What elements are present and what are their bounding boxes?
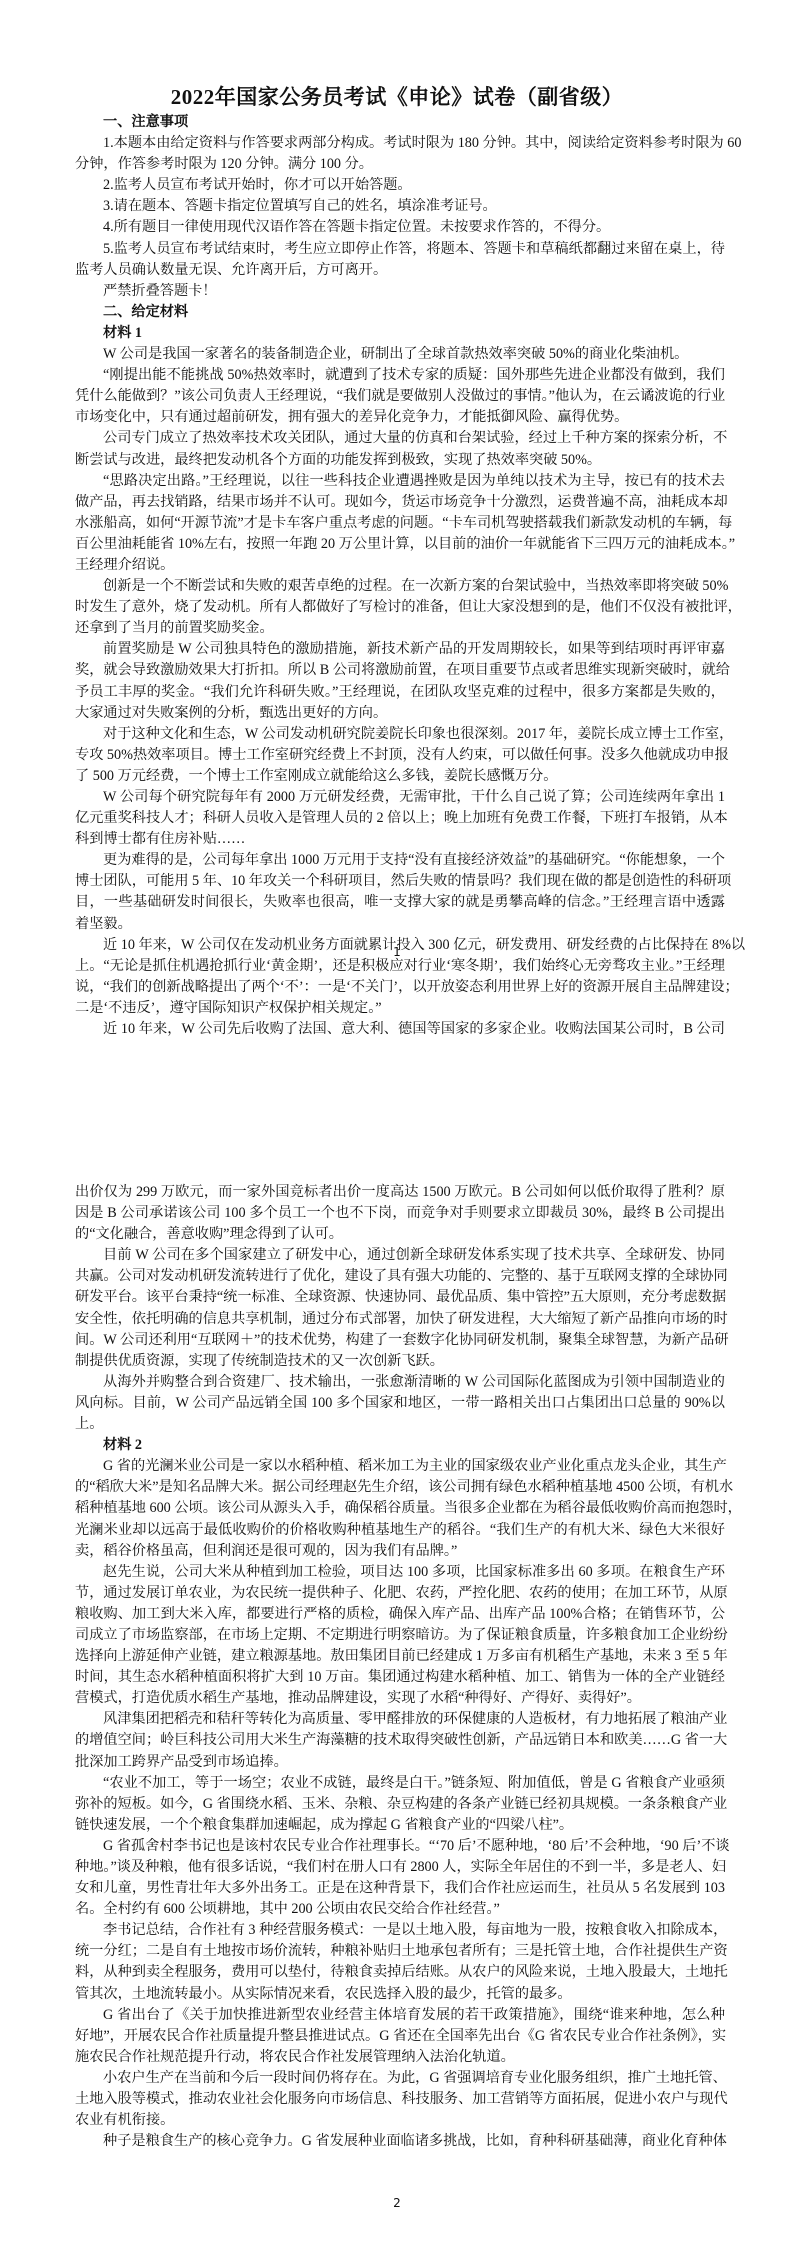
section-heading: 一、注意事项 — [75, 112, 725, 133]
paragraph-line: 安全性，依托明确的信息共享机制，通过分布式部署，加快了研发进程，大大缩短了新产品… — [75, 1309, 725, 1330]
paragraph-line: 专攻 50%热效率项目。博士工作室研究经费上不封顶，没有人约束，可以做任何事。没… — [75, 745, 725, 766]
paragraph-first-line: 5.监考人员宣布考试结束时，考生应立即停止作答，将题本、答题卡和草稿纸都翻过来留… — [75, 239, 725, 260]
paragraph-line: 百公里油耗能省 10%左右，按照一年跑 20 万公里计算，以目前的油价一年就能省… — [75, 534, 725, 555]
paragraph-line: 好地”，开展农民合作社质量提升整县推进试点。G 省还在全国率先出台《G 省农民专… — [75, 2026, 725, 2047]
section-heading: 材料 2 — [75, 1435, 725, 1456]
paragraph-line: 二是‘不违反’，遵守国际知识产权保护相关规定。” — [75, 998, 725, 1019]
page-number-2: 2 — [0, 2196, 794, 2210]
paragraph-line: 施农民合作社规范提升行动，将农民合作社发展管理纳入法治化轨道。 — [75, 2047, 725, 2068]
paragraph-line: 管其次，土地流转最小。从实际情况来看，农民选择入股的最少，托管的最多。 — [75, 1984, 725, 2005]
paragraph-line: 目，一些基础研发时间很长，失败率也很高，唯一支撑大家的就是勇攀高峰的信念。”王经… — [75, 892, 725, 913]
paragraph-line: 共赢。公司对发动机研发流转进行了优化，建设了具有强大功能的、完整的、基于互联网支… — [75, 1266, 725, 1287]
paragraph-first-line: 小农户生产在当前和今后一段时间仍将存在。为此，G 省强调培育专业化服务组织，推广… — [75, 2068, 725, 2089]
paragraph-line: 上。 — [75, 1414, 725, 1435]
paragraph-line: 批深加工跨界产品受到市场追捧。 — [75, 1752, 725, 1773]
paragraph-line: 博士团队，可能用 5 年、10 年攻关一个科研项目，然后失败的情景吗？我们现在做… — [75, 871, 725, 892]
paragraph-line: 亿元重奖科技人才；科研人员收入是管理人员的 2 倍以上；晚上加班有免费工作餐，下… — [75, 808, 725, 829]
page-2-content: 出价仅为 299 万欧元，而一家外国竞标者出价一度高达 1500 万欧元。B 公… — [75, 1182, 725, 2152]
paragraph-line: 司成立了市场监察部，在市场上定期、不定期进行明察暗访。为了保证粮食质量，许多粮食… — [75, 1625, 725, 1646]
paragraph-first-line: 目前 W 公司在多个国家建立了研发中心，通过创新全球研发体系实现了技术共享、全球… — [75, 1245, 725, 1266]
paragraph-line: 间。W 公司还利用“互联网＋”的技术优势，构建了一套数字化协同研发机制，聚集全球… — [75, 1330, 725, 1351]
paragraph-line: 出价仅为 299 万欧元，而一家外国竞标者出价一度高达 1500 万欧元。B 公… — [75, 1182, 725, 1203]
paragraph-line: 分钟，作答参考时限为 120 分钟。满分 100 分。 — [75, 154, 725, 175]
section-heading: 材料 1 — [75, 323, 725, 344]
paragraph-first-line: G 省出台了《关于加快推进新型农业经营主体培育发展的若干政策措施》，围绕“谁来种… — [75, 2005, 725, 2026]
paragraph-line: 科到博士都有住房补贴…… — [75, 829, 725, 850]
paragraph-line: 制提供优质资源，实现了传统制造技术的又一次创新飞跃。 — [75, 1351, 725, 1372]
paragraph-line: 予员工丰厚的奖金。“我们允许科研失败。”王经理说，在团队攻坚克难的过程中，很多方… — [75, 682, 725, 703]
paragraph-first-line: 更为难得的是，公司每年拿出 1000 万元用于支持“没有直接经济效益”的基础研究… — [75, 850, 725, 871]
page-2-text-body: 出价仅为 299 万欧元，而一家外国竞标者出价一度高达 1500 万欧元。B 公… — [75, 1182, 725, 2152]
paragraph-line: 做产品，再去找销路，结果市场并不认可。现如今，货运市场竞争十分激烈，运费普遍不高… — [75, 492, 725, 513]
paragraph-line: 因是 B 公司承诺该公司 100 多个员工一个也不下岗，而竞争对手则要求立即裁员… — [75, 1203, 725, 1224]
paragraph-first-line: 1.本题本由给定资料与作答要求两部分构成。考试时限为 180 分钟。其中，阅读给… — [75, 133, 725, 154]
paragraph-line: 凭什么能做到？”该公司负责人王经理说，“我们就是要做别人没做过的事情。”他认为，… — [75, 386, 725, 407]
paragraph-line: 种地。”谈及种粮，他有很多话说，“我们村在册人口有 2800 人，实际全年居住的… — [75, 1857, 725, 1878]
paragraph-line: 说，“我们的创新战略提出了两个‘不’：一是‘不关门’，以开放姿态利用世界上好的资… — [75, 977, 725, 998]
paragraph-line: 大家通过对失败案例的分析，甄选出更好的方向。 — [75, 703, 725, 724]
paragraph-line: 卖，稻谷价格虽高，但利润还是很可观的，因为我们有品牌。” — [75, 1541, 725, 1562]
paragraph-line: 光澜米业却以远高于最低收购价的价格收购种植基地生产的稻谷。“我们生产的有机大米、… — [75, 1520, 725, 1541]
paragraph-line: 链快速发展，一个个粮食集群加速崛起，成为撑起 G 省粮食产业的“四梁八柱”。 — [75, 1815, 725, 1836]
paragraph-line: 断尝试与改进，最终把发动机各个方面的功能发挥到极致，实现了热效率突破 50%。 — [75, 450, 725, 471]
paragraph-line: 还拿到了当月的前置奖励奖金。 — [75, 618, 725, 639]
page-number-1: 1 — [0, 945, 794, 959]
paragraph-first-line: 种子是粮食生产的核心竞争力。G 省发展种业面临诸多挑战，比如，育种科研基础薄，商… — [75, 2131, 725, 2152]
section-heading: 二、给定材料 — [75, 302, 725, 323]
paragraph-line: 的“文化融合，善意收购”理念得到了认可。 — [75, 1224, 725, 1245]
paragraph-line: 统一分红；二是自有土地按市场价流转，种粮补贴归土地承包者所有；三是托管土地，合作… — [75, 1941, 725, 1962]
document-page-1: 2022年国家公务员考试《申论》试卷（副省级） 一、注意事项1.本题本由给定资料… — [0, 0, 794, 1122]
paragraph-line: 风向标。目前，W 公司产品远销全国 100 多个国家和地区，一带一路相关出口占集… — [75, 1393, 725, 1414]
paragraph-first-line: “思路决定出路。”王经理说，以往一些科技企业遭遇挫败是因为单纯以技术为主导，按已… — [75, 471, 725, 492]
paragraph-line: 名。全村约有 600 公顷耕地，其中 200 公顷由农民交给合作社经营。” — [75, 1899, 725, 1920]
paragraph-line: 营模式，打造优质水稻生产基地，推动品牌建设，实现了水稻“种得好、产得好、卖得好”… — [75, 1688, 725, 1709]
paragraph-line: 的增值空间；岭巨科技公司用大米生产海藻糖的技术取得突破性创新，产品远销日本和欧美… — [75, 1730, 725, 1751]
document-title: 2022年国家公务员考试《申论》试卷（副省级） — [0, 82, 794, 112]
document-page-2: 出价仅为 299 万欧元，而一家外国竞标者出价一度高达 1500 万欧元。B 公… — [0, 1122, 794, 2244]
paragraph-first-line: W 公司是我国一家著名的装备制造企业，研制出了全球首款热效率突破 50%的商业化… — [75, 344, 725, 365]
paragraph-line: 了 500 万元经费，一个博士工作室刚成立就能给这么多钱，姜院长感慨万分。 — [75, 766, 725, 787]
paragraph-first-line: 创新是一个不断尝试和失败的艰苦卓绝的过程。在一次新方案的台架试验中，当热效率即将… — [75, 576, 725, 597]
paragraph-line: 监考人员确认数量无误、允许离开后，方可离开。 — [75, 260, 725, 281]
paragraph-line: 市场变化中，只有通过超前研发，拥有强大的差异化竞争力，才能抵御风险、赢得优势。 — [75, 407, 725, 428]
paragraph-first-line: G 省的光澜米业公司是一家以水稻种植、稻米加工为主业的国家级农业产业化重点龙头企… — [75, 1456, 725, 1477]
paragraph-line: 选择向上游延伸产业链，建立粮源基地。敖田集团目前已经建成 1 万多亩有机稻生产基… — [75, 1646, 725, 1667]
paragraph-first-line: 赵先生说，公司大米从种植到加工检验，项目达 100 多项，比国家标准多出 60 … — [75, 1562, 725, 1583]
paragraph-line: 料，从种到卖全程服务，费用可以垫付，待粮食卖掉后结账。从农户的风险来说，土地入股… — [75, 1962, 725, 1983]
paragraph-line: 稻种植基地 600 公顷。该公司从源头入手，确保稻谷质量。当很多企业都在为稻谷最… — [75, 1498, 725, 1519]
paragraph-first-line: 从海外并购整合到合资建厂、技术输出，一张愈渐清晰的 W 公司国际化蓝图成为引领中… — [75, 1372, 725, 1393]
paragraph-line: 着坚毅。 — [75, 914, 725, 935]
paragraph-line: 土地入股等模式，推动农业社会化服务向市场信息、科技服务、加工营销等方面拓展，促进… — [75, 2089, 725, 2110]
paragraph-first-line: 3.请在题本、答题卡指定位置填写自己的姓名，填涂准考证号。 — [75, 196, 725, 217]
paragraph-first-line: 4.所有题目一律使用现代汉语作答在答题卡指定位置。未按要求作答的，不得分。 — [75, 217, 725, 238]
paragraph-first-line: 前置奖励是 W 公司独具特色的激励措施，新技术新产品的开发周期较长，如果等到结项… — [75, 639, 725, 660]
paragraph-first-line: “农业不加工，等于一场空；农业不成链，最终是白干。”链条短、附加值低，曾是 G … — [75, 1773, 725, 1794]
paragraph-line: 女和儿童，男性青壮年大多外出务工。正是在这种背景下，我们合作社应运而生，社员从 … — [75, 1878, 725, 1899]
paragraph-first-line: 2.监考人员宣布考试开始时，你才可以开始答题。 — [75, 175, 725, 196]
paragraph-line: 王经理介绍说。 — [75, 555, 725, 576]
page-1-text-body: 一、注意事项1.本题本由给定资料与作答要求两部分构成。考试时限为 180 分钟。… — [75, 112, 725, 1040]
paragraph-line: 水涨船高，如何“开源节流”才是卡车客户重点考虑的问题。“卡车司机驾驶搭载我们新款… — [75, 513, 725, 534]
paragraph-first-line: G 省孤舍村李书记也是该村农民专业合作社理事长。“‘70 后’不愿种地，‘80 … — [75, 1836, 725, 1857]
paragraph-line: 的“稻欣大米”是知名品牌大米。据公司经理赵先生介绍，该公司拥有绿色水稻种植基地 … — [75, 1477, 725, 1498]
paragraph-line: 奖，就会导致激励效果大打折扣。所以 B 公司将激励前置，在项目重要节点或者思维实… — [75, 660, 725, 681]
paragraph-first-line: “刚提出能不能挑战 50%热效率时，就遭到了技术专家的质疑：国外那些先进企业都没… — [75, 365, 725, 386]
paragraph-line: 研发平台。该平台秉持“统一标准、全球资源、快速协同、最优品质、集中管控”五大原则… — [75, 1287, 725, 1308]
paragraph-line: 节，通过发展订单农业，为农民统一提供种子、化肥、农药，严控化肥、农药的使用；在加… — [75, 1583, 725, 1604]
paragraph-line: 时发生了意外，烧了发动机。所有人都做好了写检讨的准备，但让大家没想到的是，他们不… — [75, 597, 725, 618]
paragraph-line: 时间，其生态水稻种植面积将扩大到 10 万亩。集团通过构建水稻种植、加工、销售为… — [75, 1667, 725, 1688]
paragraph-first-line: 近 10 年来，W 公司先后收购了法国、意大利、德国等国家的多家企业。收购法国某… — [75, 1019, 725, 1040]
paragraph-line: 粮收购、加工到大米入库，都要进行严格的质检，确保入库产品、出库产品 100%合格… — [75, 1604, 725, 1625]
paragraph-first-line: 对于这种文化和生态，W 公司发动机研究院姜院长印象也很深刻。2017 年，姜院长… — [75, 724, 725, 745]
paragraph-first-line: 严禁折叠答题卡！ — [75, 281, 725, 302]
paragraph-line: 弥补的短板。如今，G 省围绕水稻、玉米、杂粮、杂豆构建的各条产业链已经初具规模。… — [75, 1794, 725, 1815]
paragraph-line: 农业有机衔接。 — [75, 2110, 725, 2131]
paragraph-first-line: 风津集团把稻壳和秸秆等转化为高质量、零甲醛排放的环保健康的人造板材，有力地拓展了… — [75, 1709, 725, 1730]
page-1-content: 2022年国家公务员考试《申论》试卷（副省级） 一、注意事项1.本题本由给定资料… — [75, 82, 725, 1040]
paragraph-first-line: W 公司每个研究院每年有 2000 万元研发经费，无需审批，干什么自己说了算；公… — [75, 787, 725, 808]
paragraph-first-line: 李书记总结，合作社有 3 种经营服务模式：一是以土地入股，每亩地为一股，按粮食收… — [75, 1920, 725, 1941]
paragraph-first-line: 公司专门成立了热效率技术攻关团队，通过大量的仿真和台架试验，经过上千种方案的探索… — [75, 428, 725, 449]
